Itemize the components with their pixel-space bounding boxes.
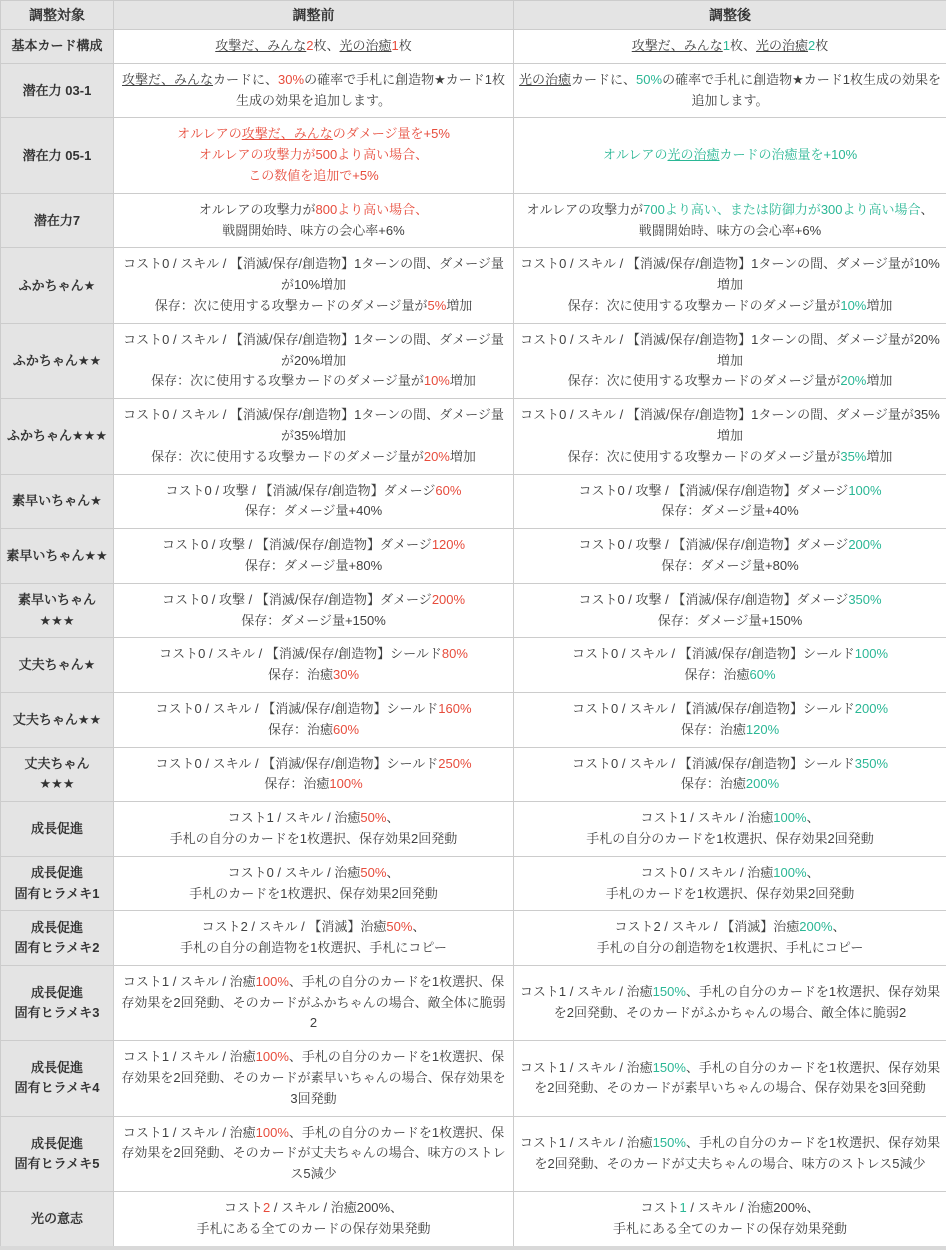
text-segment: のダメージ量を+5%	[333, 126, 450, 141]
cell-after: コスト0 / 攻撃 / 【消滅/保存/創造物】ダメージ200%保存：ダメージ量+…	[514, 529, 946, 584]
paragraph: コスト1 / スキル / 治癒150%、手札の自分のカードを1枚選択、保存効果を…	[519, 982, 941, 1024]
row-target-label: 成長促進 固有ヒラメキ5	[1, 1116, 114, 1191]
table-row: ふかちゃん★★★コスト0 / スキル / 【消滅/保存/創造物】1ターンの間、ダ…	[1, 399, 946, 474]
paragraph: 保存：ダメージ量+80%	[519, 556, 941, 577]
paragraph: コスト0 / 攻撃 / 【消滅/保存/創造物】ダメージ350%	[519, 590, 941, 611]
row-target-label: ふかちゃん★	[1, 248, 114, 323]
text-segment: 60%	[749, 667, 775, 682]
paragraph: コスト0 / スキル / 【消滅/保存/創造物】シールド160%	[119, 699, 508, 720]
paragraph: コスト0 / 攻撃 / 【消滅/保存/創造物】ダメージ200%	[519, 535, 941, 556]
text-segment: 5%	[427, 298, 446, 313]
text-segment: 、	[833, 919, 846, 934]
row-target-label: 潜在力 03-1	[1, 63, 114, 118]
paragraph: オルレアの攻撃力が800より高い場合、	[119, 200, 508, 221]
text-segment: 50%	[636, 72, 662, 87]
paragraph: 保存：治癒200%	[519, 774, 941, 795]
header-before: 調整前	[114, 1, 514, 30]
cell-before: コスト1 / スキル / 治癒100%、手札の自分のカードを1枚選択、保存効果を…	[114, 1041, 514, 1116]
cell-after: オルレアの光の治癒カードの治癒量を+10%	[514, 118, 946, 193]
paragraph: 手札のカードを1枚選択、保存効果2回発動	[119, 884, 508, 905]
text-segment: 10%	[840, 298, 866, 313]
paragraph: 手札の自分のカードを1枚選択、保存効果2回発動	[119, 829, 508, 850]
text-segment: 、	[921, 202, 934, 217]
table-row: 基本カード構成攻撃だ、みんな2枚、光の治癒1枚攻撃だ、みんな1枚、光の治癒2枚	[1, 30, 946, 64]
text-segment: コスト0 / スキル / 【消滅/保存/創造物】シールド	[572, 701, 855, 716]
text-segment: 100%	[256, 974, 289, 989]
text-segment: コスト0 / スキル / 【消滅/保存/創造物】シールド	[572, 646, 855, 661]
cell-after: コスト0 / スキル / 【消滅/保存/創造物】1ターンの間、ダメージ量が20%…	[514, 323, 946, 398]
text-segment: 100%	[256, 1125, 289, 1140]
text-segment: コスト1 / スキル / 治癒	[123, 1049, 256, 1064]
paragraph: 保存：治癒60%	[119, 720, 508, 741]
text-segment: 350%	[855, 756, 888, 771]
paragraph: コスト1 / スキル / 治癒100%、	[519, 808, 941, 829]
cell-before: オルレアの攻撃力が800より高い場合、戦闘開始時、味方の会心率+6%	[114, 193, 514, 248]
row-target-label: 素早いちゃん ★★★	[1, 583, 114, 638]
text-segment: 保存：ダメージ量+80%	[245, 558, 382, 573]
table-row: 成長促進 固有ヒラメキ4コスト1 / スキル / 治癒100%、手札の自分のカー…	[1, 1041, 946, 1116]
cell-before: コスト0 / スキル / 【消滅/保存/創造物】1ターンの間、ダメージ量が10%…	[114, 248, 514, 323]
text-segment: 増加	[446, 298, 472, 313]
text-segment: 60%	[435, 483, 461, 498]
text-segment: 120%	[746, 722, 779, 737]
text-segment: 枚	[815, 38, 828, 53]
text-segment: 200%	[746, 776, 779, 791]
text-segment: 100%	[773, 865, 806, 880]
text-segment: 保存：ダメージ量+40%	[245, 503, 382, 518]
paragraph: コスト1 / スキル / 治癒50%、	[119, 808, 508, 829]
cell-after: コスト0 / スキル / 【消滅/保存/創造物】シールド200%保存：治癒120…	[514, 692, 946, 747]
cell-before: コスト0 / 攻撃 / 【消滅/保存/創造物】ダメージ120%保存：ダメージ量+…	[114, 529, 514, 584]
table-row: 成長促進 固有ヒラメキ1コスト0 / スキル / 治癒50%、手札のカードを1枚…	[1, 856, 946, 911]
text-segment: 100%	[848, 483, 881, 498]
paragraph: 攻撃だ、みんな2枚、光の治癒1枚	[119, 36, 508, 57]
text-segment: 100%	[855, 646, 888, 661]
text-segment: 1	[723, 38, 730, 53]
paragraph: 保存：次に使用する攻撃カードのダメージ量が20%増加	[519, 371, 941, 392]
text-segment: 保存：治癒	[268, 667, 333, 682]
table-row: ふかちゃん★★コスト0 / スキル / 【消滅/保存/創造物】1ターンの間、ダメ…	[1, 323, 946, 398]
text-segment: 800より高い場合、	[315, 202, 428, 217]
cell-before: オルレアの攻撃だ、みんなのダメージ量を+5%オルレアの攻撃力が500より高い場合…	[114, 118, 514, 193]
table-row: 素早いちゃん ★★★コスト0 / 攻撃 / 【消滅/保存/創造物】ダメージ200…	[1, 583, 946, 638]
text-segment: コスト0 / スキル / 【消滅/保存/創造物】1ターンの間、ダメージ量が35%…	[520, 407, 940, 443]
text-segment: コスト0 / スキル / 【消滅/保存/創造物】シールド	[156, 701, 439, 716]
header-target: 調整対象	[1, 1, 114, 30]
row-target-label: 潜在力 05-1	[1, 118, 114, 193]
text-segment: カードに、	[213, 72, 278, 87]
text-segment: 枚、	[313, 38, 339, 53]
row-target-label: 光の意志	[1, 1192, 114, 1248]
text-segment: 手札にある全てのカードの保存効果発動	[196, 1221, 430, 1236]
text-segment: 手札の自分の創造物を1枚選択、手札にコピー	[597, 940, 864, 955]
text-segment: コスト0 / スキル / 【消滅/保存/創造物】1ターンの間、ダメージ量が10%…	[520, 256, 940, 292]
text-segment: 200%	[432, 592, 465, 607]
table-row: 丈夫ちゃん ★★★コスト0 / スキル / 【消滅/保存/創造物】シールド250…	[1, 747, 946, 802]
table-row: 素早いちゃん★★コスト0 / 攻撃 / 【消滅/保存/創造物】ダメージ120%保…	[1, 529, 946, 584]
table-row: ふかちゃん★コスト0 / スキル / 【消滅/保存/創造物】1ターンの間、ダメー…	[1, 248, 946, 323]
text-segment: 30%	[333, 667, 359, 682]
paragraph: 保存：治癒100%	[119, 774, 508, 795]
text-segment: オルレアの攻撃力が	[199, 202, 316, 217]
text-segment: 手札にある全てのカードの保存効果発動	[613, 1221, 847, 1236]
table-row: 成長促進 固有ヒラメキ2コスト2 / スキル / 【消滅】治癒50%、手札の自分…	[1, 911, 946, 966]
row-target-label: 基本カード構成	[1, 30, 114, 64]
text-segment: 、	[807, 865, 820, 880]
card-name-ref: 攻撃だ、みんな	[122, 72, 213, 87]
text-segment: コスト0 / スキル / 【消滅/保存/創造物】シールド	[159, 646, 442, 661]
paragraph: コスト1 / スキル / 治癒150%、手札の自分のカードを1枚選択、保存効果を…	[519, 1058, 941, 1100]
cell-before: コスト0 / スキル / 【消滅/保存/創造物】シールド250%保存：治癒100…	[114, 747, 514, 802]
table-row: 成長促進コスト1 / スキル / 治癒50%、手札の自分のカードを1枚選択、保存…	[1, 802, 946, 857]
row-target-label: 潜在力7	[1, 193, 114, 248]
text-segment: 20%	[840, 373, 866, 388]
cell-after: 光の治癒カードに、50%の確率で手札に創造物★カード1枚生成の効果を追加します。	[514, 63, 946, 118]
text-segment: コスト0 / 攻撃 / 【消滅/保存/創造物】ダメージ	[162, 537, 432, 552]
text-segment: 保存：次に使用する攻撃カードのダメージ量が	[568, 449, 841, 464]
paragraph: 保存：次に使用する攻撃カードのダメージ量が20%増加	[119, 447, 508, 468]
paragraph: コスト0 / スキル / 治癒100%、	[519, 863, 941, 884]
card-name-ref: 光の治癒	[756, 38, 808, 53]
text-segment: 手札の自分の創造物を1枚選択、手札にコピー	[180, 940, 447, 955]
text-segment: コスト0 / スキル / 【消滅/保存/創造物】シールド	[572, 756, 855, 771]
text-segment: 80%	[442, 646, 468, 661]
text-segment: コスト0 / スキル / 治癒	[640, 865, 773, 880]
cell-after: コスト0 / スキル / 【消滅/保存/創造物】シールド350%保存：治癒200…	[514, 747, 946, 802]
cell-before: コスト2 / スキル / 【消滅】治癒50%、手札の自分の創造物を1枚選択、手札…	[114, 911, 514, 966]
text-segment: コスト0 / 攻撃 / 【消滅/保存/創造物】ダメージ	[162, 592, 432, 607]
header-row: 調整対象 調整前 調整後	[1, 1, 946, 30]
text-segment: 手札のカードを1枚選択、保存効果2回発動	[189, 886, 437, 901]
paragraph: 保存：ダメージ量+40%	[119, 501, 508, 522]
paragraph: コスト0 / スキル / 【消滅/保存/創造物】シールド350%	[519, 754, 941, 775]
text-segment: コスト0 / スキル / 治癒	[228, 865, 361, 880]
paragraph: コスト0 / 攻撃 / 【消滅/保存/創造物】ダメージ60%	[119, 481, 508, 502]
table-row: 成長促進 固有ヒラメキ5コスト1 / スキル / 治癒100%、手札の自分のカー…	[1, 1116, 946, 1191]
cell-before: コスト1 / スキル / 治癒100%、手札の自分のカードを1枚選択、保存効果を…	[114, 1116, 514, 1191]
paragraph: 手札の自分の創造物を1枚選択、手札にコピー	[119, 938, 508, 959]
cell-after: コスト0 / 攻撃 / 【消滅/保存/創造物】ダメージ100%保存：ダメージ量+…	[514, 474, 946, 529]
paragraph: 保存：ダメージ量+150%	[119, 611, 508, 632]
card-name-ref: 攻撃だ、みんな	[242, 126, 333, 141]
paragraph: 保存：次に使用する攻撃カードのダメージ量が35%増加	[519, 447, 941, 468]
cell-after: コスト1 / スキル / 治癒200%、手札にある全てのカードの保存効果発動	[514, 1192, 946, 1248]
text-segment: 増加	[866, 373, 892, 388]
text-segment: 、	[807, 810, 820, 825]
table-row: 丈夫ちゃん★★コスト0 / スキル / 【消滅/保存/創造物】シールド160%保…	[1, 692, 946, 747]
text-segment: 保存：治癒	[681, 722, 746, 737]
cell-before: コスト0 / スキル / 治癒50%、手札のカードを1枚選択、保存効果2回発動	[114, 856, 514, 911]
table-body: 基本カード構成攻撃だ、みんな2枚、光の治癒1枚攻撃だ、みんな1枚、光の治癒2枚潜…	[1, 30, 946, 1248]
cell-before: コスト1 / スキル / 治癒100%、手札の自分のカードを1枚選択、保存効果を…	[114, 965, 514, 1040]
row-target-label: 素早いちゃん★	[1, 474, 114, 529]
text-segment: コスト	[640, 1200, 679, 1215]
text-segment: 、	[412, 919, 425, 934]
text-segment: オルレアの	[603, 147, 668, 162]
cell-after: コスト0 / スキル / 【消滅/保存/創造物】1ターンの間、ダメージ量が35%…	[514, 399, 946, 474]
cell-before: 攻撃だ、みんな2枚、光の治癒1枚	[114, 30, 514, 64]
text-segment: コスト0 / 攻撃 / 【消滅/保存/創造物】ダメージ	[578, 537, 848, 552]
text-segment: の確率で手札に創造物★カード1枚生成の効果を追加します。	[662, 72, 941, 108]
cell-before: コスト2 / スキル / 治癒200%、手札にある全てのカードの保存効果発動	[114, 1192, 514, 1248]
text-segment: コスト1 / スキル / 治癒	[520, 1135, 653, 1150]
paragraph: オルレアの攻撃力が700より高い、または防御力が300より高い場合、	[519, 200, 941, 221]
text-segment: コスト0 / スキル / 【消滅/保存/創造物】1ターンの間、ダメージ量が35%…	[123, 407, 504, 443]
row-target-label: 成長促進 固有ヒラメキ4	[1, 1041, 114, 1116]
cell-after: コスト2 / スキル / 【消滅】治癒200%、手札の自分の創造物を1枚選択、手…	[514, 911, 946, 966]
row-target-label: ふかちゃん★★	[1, 323, 114, 398]
paragraph: コスト1 / スキル / 治癒100%、手札の自分のカードを1枚選択、保存効果を…	[119, 1123, 508, 1185]
paragraph: オルレアの光の治癒カードの治癒量を+10%	[519, 145, 941, 166]
text-segment: 1	[679, 1200, 686, 1215]
text-segment: コスト0 / 攻撃 / 【消滅/保存/創造物】ダメージ	[166, 483, 436, 498]
text-segment: オルレアの	[177, 126, 242, 141]
text-segment: 10%	[424, 373, 450, 388]
paragraph: コスト2 / スキル / 【消滅】治癒50%、	[119, 917, 508, 938]
text-segment: 保存：ダメージ量+80%	[661, 558, 798, 573]
paragraph: 戦闘開始時、味方の会心率+6%	[119, 221, 508, 242]
paragraph: 保存：次に使用する攻撃カードのダメージ量が10%増加	[119, 371, 508, 392]
paragraph: コスト0 / 攻撃 / 【消滅/保存/創造物】ダメージ100%	[519, 481, 941, 502]
paragraph: 攻撃だ、みんなカードに、30%の確率で手札に創造物★カード1枚生成の効果を追加し…	[119, 70, 508, 112]
cell-before: コスト0 / 攻撃 / 【消滅/保存/創造物】ダメージ200%保存：ダメージ量+…	[114, 583, 514, 638]
paragraph: コスト1 / スキル / 治癒100%、手札の自分のカードを1枚選択、保存効果を…	[119, 1047, 508, 1109]
text-segment: 戦闘開始時、味方の会心率+6%	[222, 223, 404, 238]
paragraph: 保存：ダメージ量+150%	[519, 611, 941, 632]
paragraph: コスト0 / 攻撃 / 【消滅/保存/創造物】ダメージ120%	[119, 535, 508, 556]
text-segment: 120%	[432, 537, 465, 552]
paragraph: 手札の自分の創造物を1枚選択、手札にコピー	[519, 938, 941, 959]
text-segment: / スキル / 治癒200%、	[270, 1200, 403, 1215]
text-segment: 150%	[653, 1060, 686, 1075]
cell-after: コスト1 / スキル / 治癒150%、手札の自分のカードを1枚選択、保存効果を…	[514, 1116, 946, 1191]
cell-before: コスト0 / スキル / 【消滅/保存/創造物】1ターンの間、ダメージ量が35%…	[114, 399, 514, 474]
table-row: 光の意志コスト2 / スキル / 治癒200%、手札にある全てのカードの保存効果…	[1, 1192, 946, 1248]
cell-before: コスト0 / スキル / 【消滅/保存/創造物】1ターンの間、ダメージ量が20%…	[114, 323, 514, 398]
paragraph: コスト0 / スキル / 【消滅/保存/創造物】1ターンの間、ダメージ量が10%…	[519, 254, 941, 296]
text-segment: 手札の自分のカードを1枚選択、保存効果2回発動	[170, 831, 457, 846]
table-row: 成長促進 固有ヒラメキ3コスト1 / スキル / 治癒100%、手札の自分のカー…	[1, 965, 946, 1040]
row-target-label: 丈夫ちゃん★	[1, 638, 114, 693]
paragraph: コスト0 / スキル / 【消滅/保存/創造物】1ターンの間、ダメージ量が35%…	[519, 405, 941, 447]
paragraph: 保存：ダメージ量+40%	[519, 501, 941, 522]
text-segment: オルレアの攻撃力が500より高い場合、	[199, 147, 428, 162]
text-segment: 、	[386, 865, 399, 880]
cell-after: コスト0 / スキル / 【消滅/保存/創造物】シールド100%保存：治癒60%	[514, 638, 946, 693]
text-segment: 保存：治癒	[264, 776, 329, 791]
text-segment: / スキル / 治癒200%、	[687, 1200, 820, 1215]
text-segment: 200%	[848, 537, 881, 552]
text-segment: コスト0 / 攻撃 / 【消滅/保存/創造物】ダメージ	[578, 483, 848, 498]
cell-after: コスト0 / スキル / 治癒100%、手札のカードを1枚選択、保存効果2回発動	[514, 856, 946, 911]
text-segment: コスト0 / 攻撃 / 【消滅/保存/創造物】ダメージ	[578, 592, 848, 607]
text-segment: 保存：治癒	[268, 722, 333, 737]
adjustment-table: 調整対象 調整前 調整後 基本カード構成攻撃だ、みんな2枚、光の治癒1枚攻撃だ、…	[0, 0, 946, 1250]
text-segment: 保存：ダメージ量+40%	[661, 503, 798, 518]
paragraph: 保存：ダメージ量+80%	[119, 556, 508, 577]
text-segment: 1	[392, 38, 399, 53]
text-segment: コスト1 / スキル / 治癒	[123, 1125, 256, 1140]
text-segment: コスト1 / スキル / 治癒	[640, 810, 773, 825]
cell-after: コスト1 / スキル / 治癒100%、手札の自分のカードを1枚選択、保存効果2…	[514, 802, 946, 857]
paragraph: コスト1 / スキル / 治癒150%、手札の自分のカードを1枚選択、保存効果を…	[519, 1133, 941, 1175]
cell-after: オルレアの攻撃力が700より高い、または防御力が300より高い場合、戦闘開始時、…	[514, 193, 946, 248]
paragraph: コスト0 / 攻撃 / 【消滅/保存/創造物】ダメージ200%	[119, 590, 508, 611]
cell-before: コスト0 / 攻撃 / 【消滅/保存/創造物】ダメージ60%保存：ダメージ量+4…	[114, 474, 514, 529]
paragraph: コスト0 / スキル / 【消滅/保存/創造物】1ターンの間、ダメージ量が35%…	[119, 405, 508, 447]
paragraph: 保存：治癒120%	[519, 720, 941, 741]
text-segment: オルレアの攻撃力が	[526, 202, 643, 217]
paragraph: コスト0 / スキル / 【消滅/保存/創造物】シールド250%	[119, 754, 508, 775]
paragraph: 手札の自分のカードを1枚選択、保存効果2回発動	[519, 829, 941, 850]
header-after: 調整後	[514, 1, 946, 30]
text-segment: この数値を追加で+5%	[248, 168, 378, 183]
cell-after: コスト0 / 攻撃 / 【消滅/保存/創造物】ダメージ350%保存：ダメージ量+…	[514, 583, 946, 638]
text-segment: 保存：次に使用する攻撃カードのダメージ量が	[151, 373, 424, 388]
text-segment: 枚	[399, 38, 412, 53]
text-segment: 手札のカードを1枚選択、保存効果2回発動	[606, 886, 854, 901]
text-segment: 保存：治癒	[681, 776, 746, 791]
text-segment: カードの治癒量を+10%	[720, 147, 858, 162]
cell-after: コスト1 / スキル / 治癒150%、手札の自分のカードを1枚選択、保存効果を…	[514, 1041, 946, 1116]
text-segment: 保存：次に使用する攻撃カードのダメージ量が	[151, 449, 424, 464]
paragraph: コスト0 / スキル / 【消滅/保存/創造物】シールド80%	[119, 644, 508, 665]
cell-before: コスト0 / スキル / 【消滅/保存/創造物】シールド80%保存：治癒30%	[114, 638, 514, 693]
paragraph: 保存：次に使用する攻撃カードのダメージ量が10%増加	[519, 296, 941, 317]
paragraph: 手札にある全てのカードの保存効果発動	[119, 1219, 508, 1240]
text-segment: コスト0 / スキル / 【消滅/保存/創造物】1ターンの間、ダメージ量が10%…	[123, 256, 504, 292]
paragraph: コスト0 / スキル / 【消滅/保存/創造物】1ターンの間、ダメージ量が20%…	[119, 330, 508, 372]
text-segment: 増加	[450, 449, 476, 464]
text-segment: 100%	[329, 776, 362, 791]
paragraph: この数値を追加で+5%	[119, 166, 508, 187]
table-row: 丈夫ちゃん★コスト0 / スキル / 【消滅/保存/創造物】シールド80%保存：…	[1, 638, 946, 693]
text-segment: 350%	[848, 592, 881, 607]
text-segment: 200%	[799, 919, 832, 934]
text-segment: 250%	[438, 756, 471, 771]
card-name-ref: 攻撃だ、みんな	[632, 38, 723, 53]
table-row: 潜在力 03-1攻撃だ、みんなカードに、30%の確率で手札に創造物★カード1枚生…	[1, 63, 946, 118]
paragraph: コスト2 / スキル / 治癒200%、	[119, 1198, 508, 1219]
table-row: 潜在力7オルレアの攻撃力が800より高い場合、戦闘開始時、味方の会心率+6%オル…	[1, 193, 946, 248]
text-segment: 200%	[855, 701, 888, 716]
paragraph: コスト0 / スキル / 【消滅/保存/創造物】1ターンの間、ダメージ量が20%…	[519, 330, 941, 372]
text-segment: 増加	[450, 373, 476, 388]
text-segment: 35%	[840, 449, 866, 464]
text-segment: コスト0 / スキル / 【消滅/保存/創造物】1ターンの間、ダメージ量が20%…	[520, 332, 940, 368]
text-segment: コスト	[224, 1200, 263, 1215]
cell-after: 攻撃だ、みんな1枚、光の治癒2枚	[514, 30, 946, 64]
text-segment: 、	[386, 810, 399, 825]
text-segment: コスト0 / スキル / 【消滅/保存/創造物】シールド	[156, 756, 439, 771]
text-segment: コスト2 / スキル / 【消滅】治癒	[202, 919, 387, 934]
text-segment: 50%	[360, 810, 386, 825]
text-segment: 100%	[773, 810, 806, 825]
paragraph: コスト2 / スキル / 【消滅】治癒200%、	[519, 917, 941, 938]
card-name-ref: 光の治癒	[668, 147, 720, 162]
text-segment: 保存：次に使用する攻撃カードのダメージ量が	[568, 298, 841, 313]
paragraph: 光の治癒カードに、50%の確率で手札に創造物★カード1枚生成の効果を追加します。	[519, 70, 941, 112]
paragraph: コスト1 / スキル / 治癒100%、手札の自分のカードを1枚選択、保存効果を…	[119, 972, 508, 1034]
text-segment: 100%	[256, 1049, 289, 1064]
text-segment: 50%	[386, 919, 412, 934]
cell-after: コスト0 / スキル / 【消滅/保存/創造物】1ターンの間、ダメージ量が10%…	[514, 248, 946, 323]
text-segment: コスト1 / スキル / 治癒	[228, 810, 361, 825]
text-segment: コスト2 / スキル / 【消滅】治癒	[614, 919, 799, 934]
paragraph: コスト0 / スキル / 【消滅/保存/創造物】1ターンの間、ダメージ量が10%…	[119, 254, 508, 296]
cell-after: コスト1 / スキル / 治癒150%、手札の自分のカードを1枚選択、保存効果を…	[514, 965, 946, 1040]
row-target-label: 丈夫ちゃん ★★★	[1, 747, 114, 802]
paragraph: 手札にある全てのカードの保存効果発動	[519, 1219, 941, 1240]
text-segment: 150%	[653, 1135, 686, 1150]
row-target-label: 成長促進	[1, 802, 114, 857]
paragraph: 保存：治癒60%	[519, 665, 941, 686]
text-segment: 枚、	[730, 38, 756, 53]
table-row: 素早いちゃん★コスト0 / 攻撃 / 【消滅/保存/創造物】ダメージ60%保存：…	[1, 474, 946, 529]
cell-before: コスト0 / スキル / 【消滅/保存/創造物】シールド160%保存：治癒60%	[114, 692, 514, 747]
paragraph: オルレアの攻撃力が500より高い場合、	[119, 145, 508, 166]
paragraph: コスト0 / スキル / 治癒50%、	[119, 863, 508, 884]
paragraph: 手札のカードを1枚選択、保存効果2回発動	[519, 884, 941, 905]
text-segment: コスト1 / スキル / 治癒	[520, 1060, 653, 1075]
text-segment: 30%	[278, 72, 304, 87]
text-segment: コスト1 / スキル / 治癒	[520, 984, 653, 999]
text-segment: 50%	[360, 865, 386, 880]
cell-before: コスト1 / スキル / 治癒50%、手札の自分のカードを1枚選択、保存効果2回…	[114, 802, 514, 857]
text-segment: 保存：次に使用する攻撃カードのダメージ量が	[568, 373, 841, 388]
text-segment: 60%	[333, 722, 359, 737]
text-segment: 160%	[438, 701, 471, 716]
paragraph: コスト0 / スキル / 【消滅/保存/創造物】シールド100%	[519, 644, 941, 665]
paragraph: 戦闘開始時、味方の会心率+6%	[519, 221, 941, 242]
row-target-label: ふかちゃん★★★	[1, 399, 114, 474]
row-target-label: 成長促進 固有ヒラメキ2	[1, 911, 114, 966]
text-segment: 増加	[866, 298, 892, 313]
text-segment: カードに、	[571, 72, 636, 87]
text-segment: 手札の自分のカードを1枚選択、保存効果2回発動	[586, 831, 873, 846]
card-name-ref: 光の治癒	[519, 72, 571, 87]
text-segment: 保存：次に使用する攻撃カードのダメージ量が	[155, 298, 428, 313]
text-segment: 保存：ダメージ量+150%	[241, 613, 386, 628]
table-row: 潜在力 05-1オルレアの攻撃だ、みんなのダメージ量を+5%オルレアの攻撃力が5…	[1, 118, 946, 193]
text-segment: 増加	[866, 449, 892, 464]
row-target-label: 成長促進 固有ヒラメキ1	[1, 856, 114, 911]
paragraph: コスト0 / スキル / 【消滅/保存/創造物】シールド200%	[519, 699, 941, 720]
row-target-label: 素早いちゃん★★	[1, 529, 114, 584]
paragraph: コスト1 / スキル / 治癒200%、	[519, 1198, 941, 1219]
paragraph: 保存：次に使用する攻撃カードのダメージ量が5%増加	[119, 296, 508, 317]
text-segment: 20%	[424, 449, 450, 464]
text-segment: 保存：ダメージ量+150%	[658, 613, 803, 628]
text-segment: 保存：治癒	[684, 667, 749, 682]
card-name-ref: 攻撃だ、みんな	[215, 38, 306, 53]
card-name-ref: 光の治癒	[340, 38, 392, 53]
row-target-label: 丈夫ちゃん★★	[1, 692, 114, 747]
paragraph: 攻撃だ、みんな1枚、光の治癒2枚	[519, 36, 941, 57]
text-segment: 700より高い、または防御力が300より高い場合	[643, 202, 920, 217]
text-segment: 戦闘開始時、味方の会心率+6%	[639, 223, 821, 238]
text-segment: コスト0 / スキル / 【消滅/保存/創造物】1ターンの間、ダメージ量が20%…	[123, 332, 504, 368]
paragraph: 保存：治癒30%	[119, 665, 508, 686]
cell-before: 攻撃だ、みんなカードに、30%の確率で手札に創造物★カード1枚生成の効果を追加し…	[114, 63, 514, 118]
text-segment: 150%	[653, 984, 686, 999]
paragraph: オルレアの攻撃だ、みんなのダメージ量を+5%	[119, 124, 508, 145]
text-segment: コスト1 / スキル / 治癒	[123, 974, 256, 989]
row-target-label: 成長促進 固有ヒラメキ3	[1, 965, 114, 1040]
